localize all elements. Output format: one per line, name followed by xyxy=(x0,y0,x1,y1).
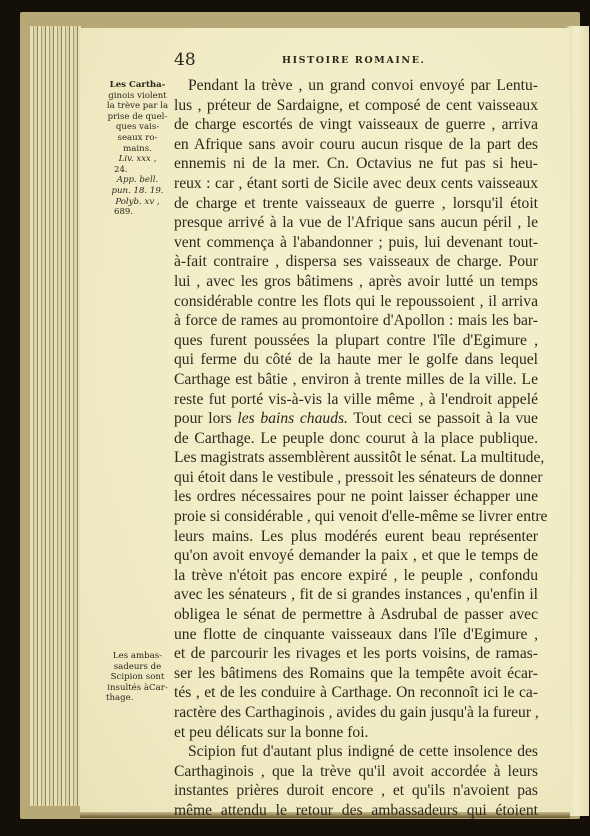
margin-reference: 689. xyxy=(100,207,175,218)
text-line: de charge et trente vaisseaux de guerre … xyxy=(174,194,538,214)
page-header: 48 HISTOIRE ROMAINE. xyxy=(92,54,542,74)
text-line: Carthage est bâtie , environ à trente mi… xyxy=(174,370,538,390)
text-line: Les magistrats assemblèrent aussitôt le … xyxy=(174,448,538,468)
text-line: lus , préteur de Sardaigne, et composé d… xyxy=(174,96,538,116)
margin-note-line: la trève par la xyxy=(100,101,175,112)
margin-note-line: insultés àCar- xyxy=(100,683,175,694)
scanned-book-photo: 48 HISTOIRE ROMAINE. Les Cartha- ginois … xyxy=(0,0,590,836)
margin-note-line: ginois violent xyxy=(100,91,175,102)
text-line: Scipion fut d'autant plus indigné de cet… xyxy=(174,742,538,762)
text-line: considérable contre les flots qui le rep… xyxy=(174,292,538,312)
text-line: leurs mains. Les plus modérés eurent bea… xyxy=(174,527,538,547)
text-line: reste fut porté vis-à-vis la ville même … xyxy=(174,390,538,410)
margin-note-ambassadors-insulted: Les ambas- sadeurs de Scipion sont insul… xyxy=(100,651,175,704)
margin-reference: Polyb. xv , xyxy=(100,197,175,208)
margin-note-line: thage. xyxy=(100,693,175,704)
text-line-with-italic: pour lors les bains chauds. Tout ceci se… xyxy=(174,409,538,429)
text-line: à-fait contraire , dispersa ses vaisseau… xyxy=(174,252,538,272)
text-line: une flotte de cinquante vaisseaux dans l… xyxy=(174,625,538,645)
margin-note-line: Les Cartha- xyxy=(100,80,175,91)
margin-note-line: Scipion sont xyxy=(100,672,175,683)
text-line: en Afrique sans avoir couru aucun risque… xyxy=(174,135,538,155)
margin-reference: App. bell. xyxy=(100,175,175,186)
margin-note-line: mains. xyxy=(100,144,175,155)
text-line: avec les sénateurs , fit de si grandes i… xyxy=(174,585,538,605)
text-line: de charge escortés de vingt vaisseaux de… xyxy=(174,115,538,135)
margin-reference: 24. xyxy=(100,165,175,176)
text-line: instantes prières duroit encore , et qu'… xyxy=(174,781,538,801)
margin-note-line: Les ambas- xyxy=(100,651,175,662)
text-line: qui ferme du côté de la haute mer le gol… xyxy=(174,350,538,370)
page-number: 48 xyxy=(174,50,196,70)
text-line: ractère des Carthaginois , avides du gai… xyxy=(174,703,538,723)
page-edges-stack xyxy=(30,26,82,806)
text-line: ques furent poussées la plupart contre l… xyxy=(174,331,538,351)
text-line: lui , avec les gros bâtimens , après avo… xyxy=(174,272,538,292)
text-line: la trève n'étoit pas encore expiré , le … xyxy=(174,566,538,586)
text-line: tés , et de les conduire à Carthage. On … xyxy=(174,683,538,703)
text-line: ennemis ni de la mer. Cn. Octavius ne fu… xyxy=(174,154,538,174)
text-segment: Tout ceci se passoit à la vue xyxy=(348,410,538,427)
text-line: qui étoit dans le vestibule , pressoit l… xyxy=(174,468,538,488)
text-line: Pendant la trève , un grand convoi envoy… xyxy=(174,76,538,96)
text-line: même attendu le retour des ambassadeurs … xyxy=(174,801,538,821)
margin-reference: Liv. xxx , xyxy=(100,154,175,165)
text-line: les ordres nécessaires pour ne point lai… xyxy=(174,487,538,507)
text-line: de Carthage. Le peuple donc courut à la … xyxy=(174,429,538,449)
text-line: ser les bâtimens des Romains que la temp… xyxy=(174,664,538,684)
facing-page-edge xyxy=(567,26,589,816)
body-text: Pendant la trève , un grand convoi envoy… xyxy=(174,76,538,821)
margin-note-line: ques vais- xyxy=(100,122,175,133)
text-line: presque arrivé à la vue de l'Afrique san… xyxy=(174,213,538,233)
italic-phrase: les bains chauds. xyxy=(237,410,348,427)
text-line: qu'on avoit envoyé demander la paix , et… xyxy=(174,546,538,566)
text-line: reux : car , étant sorti de Sicile avec … xyxy=(174,174,538,194)
running-title: HISTOIRE ROMAINE. xyxy=(282,55,425,66)
text-line: obligea le sénat de permettre à Asdrubal… xyxy=(174,605,538,625)
margin-note-carthaginians-violate-truce: Les Cartha- ginois violent la trève par … xyxy=(100,80,175,218)
text-line: et peu délicats sur la bonne foi. xyxy=(174,723,538,743)
text-line: Carthaginois , que la trève qu'il avoit … xyxy=(174,762,538,782)
margin-note-line: seaux ro- xyxy=(100,133,175,144)
text-line: à force de rames au promontoire d'Apollo… xyxy=(174,311,538,331)
margin-note-line: prise de quel- xyxy=(100,112,175,123)
margin-reference: pun. 18. 19. xyxy=(100,186,175,197)
text-line: proie si considérable , qui venoit d'ell… xyxy=(174,507,538,527)
text-segment: pour lors xyxy=(174,410,237,427)
text-line: et de parcourir les rivages et les ports… xyxy=(174,644,538,664)
text-line: vent commença à l'abandonner ; puis, lui… xyxy=(174,233,538,253)
margin-note-line: sadeurs de xyxy=(100,662,175,673)
